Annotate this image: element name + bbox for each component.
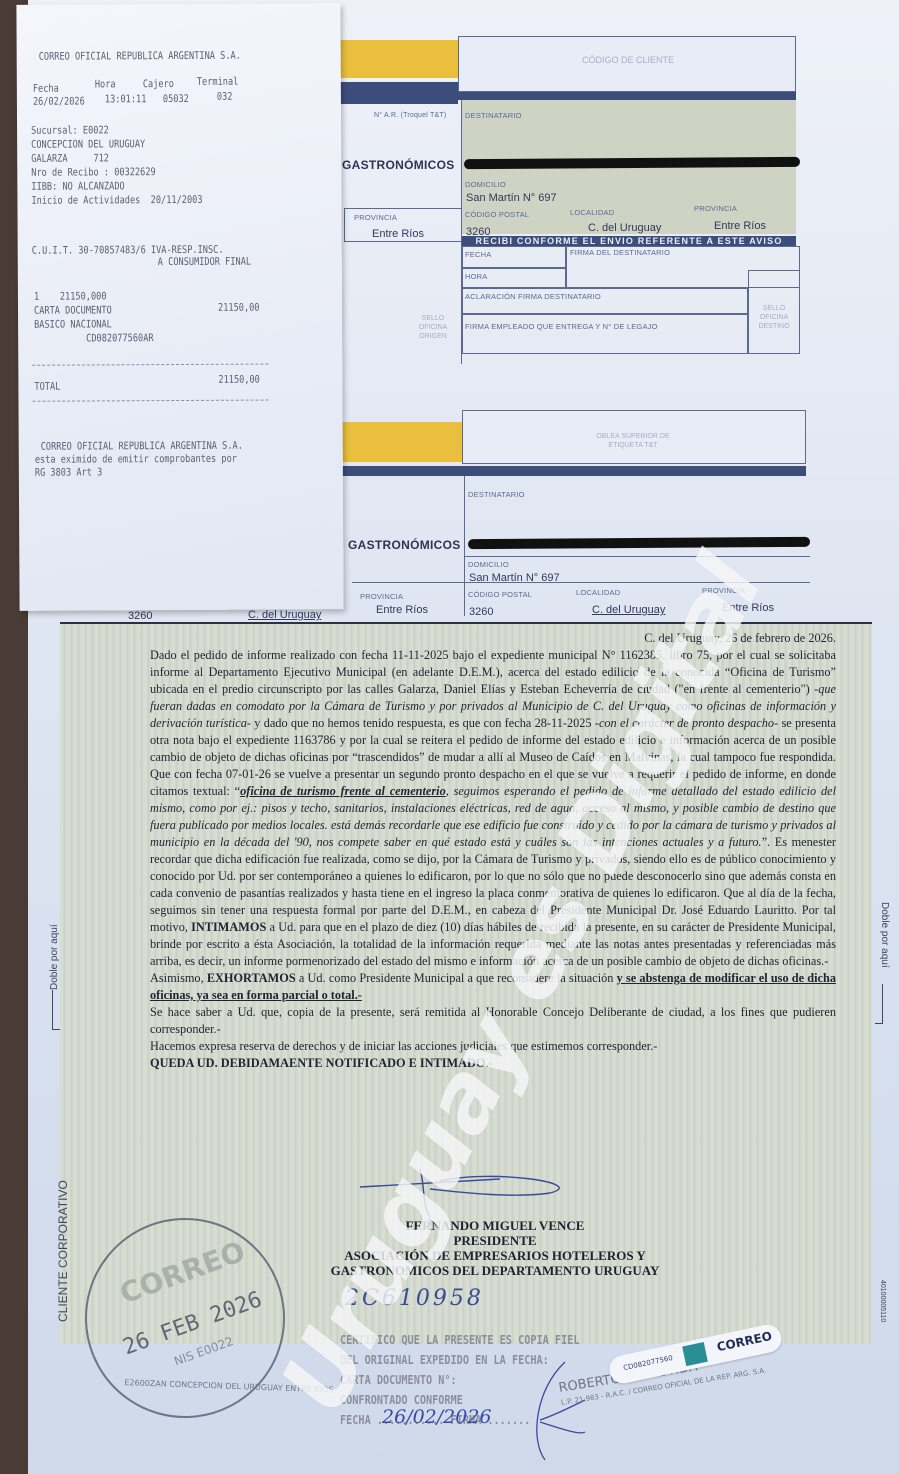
letter-paragraph-3: Se hace saber a Ud. que, copia de la pre… bbox=[150, 1004, 836, 1038]
receipt-terminal: 032 bbox=[217, 91, 233, 104]
org-line-2: GASTRONOMICOS DEL DEPARTAMENTO URUGUAY bbox=[270, 1263, 720, 1278]
receipt-item-price: 21150,00 bbox=[218, 302, 260, 315]
fold-label-right: Doble por aquí bbox=[879, 902, 890, 968]
province-left-label: PROVINCIA bbox=[360, 592, 403, 601]
locality-value: C. del Uruguay bbox=[592, 604, 665, 616]
signer-name: FERNANDO MIGUEL VENCE bbox=[270, 1218, 720, 1233]
postal-receipt: CORREO OFICIAL REPUBLICA ARGENTINA S.A. … bbox=[16, 3, 343, 611]
carta-documento-form-bottom: OBLEA SUPERIOR DE ETIQUETA T&T DESTINATA… bbox=[338, 406, 798, 616]
receipt-item-name-2: BASICO NACIONAL bbox=[34, 318, 112, 331]
receipt-divider bbox=[32, 364, 268, 366]
locality-value: C. del Uruguay bbox=[588, 222, 661, 234]
locality-label: LOCALIDAD bbox=[570, 208, 614, 217]
receipt-start-date: Inicio de Actividades 20/11/2003 bbox=[31, 194, 202, 208]
letter-body: C. del Uruguay, 26 de febrero de 2026. D… bbox=[150, 630, 836, 1072]
letter-paragraph-2: Asimismo, EXHORTAMOS a Ud. como Presiden… bbox=[150, 970, 836, 1004]
yellow-band bbox=[338, 422, 462, 462]
province-left-value: Entre Ríos bbox=[376, 604, 428, 616]
time-label: HORA bbox=[465, 272, 487, 281]
row-rule bbox=[464, 556, 810, 557]
receipt-cashier: 05032 bbox=[163, 93, 189, 106]
postal-label: CÓDIGO POSTAL bbox=[468, 590, 532, 599]
receipt-consumer: A CONSUMIDOR FINAL bbox=[158, 256, 251, 269]
province-value: Entre Ríos bbox=[722, 602, 774, 614]
date-label: FECHA bbox=[465, 250, 491, 259]
receipt-header-hora: Hora bbox=[95, 78, 116, 91]
left-column-rule bbox=[338, 100, 462, 364]
locality-label: LOCALIDAD bbox=[576, 588, 620, 597]
fold-mark-left bbox=[52, 990, 60, 1030]
handwritten-number: 2C610958 bbox=[345, 1286, 484, 1311]
receipt-header-cajero: Cajero bbox=[143, 78, 174, 91]
receipt-branch-address: GALARZA 712 bbox=[31, 152, 109, 165]
sticker-code: CD082077560 bbox=[623, 1354, 674, 1372]
client-type-label: CLIENTE CORPORATIVO bbox=[56, 1180, 70, 1322]
receipt-divider-2 bbox=[32, 400, 268, 402]
address-value: San Martín N° 697 bbox=[466, 192, 557, 204]
received-banner: RECIBI CONFORME EL ENVIO REFERENTE A EST… bbox=[462, 236, 796, 246]
employee-label: FIRMA EMPLEADO QUE ENTREGA Y N° DE LEGAJ… bbox=[465, 322, 658, 331]
receipt-branch: Sucursal: E0022 bbox=[31, 124, 109, 137]
navy-band bbox=[338, 466, 806, 476]
redaction-bar bbox=[468, 537, 810, 549]
fold-label-left: Doble por aquí bbox=[49, 924, 60, 990]
sender-locality: C. del Uruguay bbox=[248, 609, 321, 621]
address-label: DOMICILIO bbox=[465, 180, 506, 189]
receipt-header-fecha: Fecha bbox=[33, 83, 59, 96]
receipt-total-label: TOTAL bbox=[34, 381, 60, 394]
employee-box bbox=[462, 314, 748, 354]
signature-scribble bbox=[350, 1165, 580, 1220]
recipient-name: GASTRONÓMICOS bbox=[348, 538, 461, 552]
address-label: DOMICILIO bbox=[468, 560, 509, 569]
receipt-date: 26/02/2026 bbox=[33, 95, 85, 108]
serial-number: 40100005110 bbox=[879, 1280, 886, 1322]
clarification-label: ACLARACIÓN FIRMA DESTINATARIO bbox=[465, 292, 601, 301]
province-label: PROVINCIA bbox=[694, 204, 737, 213]
recipient-signature-label: FIRMA DEL DESTINATARIO bbox=[570, 248, 670, 257]
tt-label: OBLEA SUPERIOR DE ETIQUETA T&T bbox=[588, 432, 678, 450]
fold-mark-right bbox=[875, 984, 883, 1024]
carta-documento-form-top: CÓDIGO DE CLIENTE N° A.R. (Troquel T&T) … bbox=[338, 36, 798, 366]
receipt-time: 13:01:11 bbox=[105, 93, 147, 106]
cert-line-1: CERTIFICO QUE LA PRESENTE ES COPIA FIEL bbox=[340, 1330, 680, 1350]
province-label: PROVINCIA bbox=[702, 586, 745, 595]
receipt-footer-3: RG 3803 Art 3 bbox=[35, 466, 102, 479]
signer-title: PRESIDENTE bbox=[270, 1233, 720, 1248]
receipt-total-value: 21150,00 bbox=[218, 374, 260, 387]
letter-paragraph-5: QUEDA UD. DEBIDAMAENTE NOTIFICADO E INTI… bbox=[150, 1055, 836, 1072]
row-rule-2 bbox=[352, 582, 810, 583]
receipt-header-terminal: Terminal bbox=[197, 76, 239, 89]
receipt-number: Nro de Recibo : 00322629 bbox=[31, 166, 155, 180]
receipt-branch-city: CONCEPCION DEL URUGUAY bbox=[31, 138, 145, 152]
recipient-label: DESTINATARIO bbox=[468, 490, 525, 499]
sticker-brand: CORREO bbox=[716, 1329, 774, 1354]
client-code-label: CÓDIGO DE CLIENTE bbox=[538, 56, 718, 65]
cert-handwritten-date: 26/02/2026 bbox=[382, 1406, 492, 1428]
navy-rule bbox=[458, 92, 796, 100]
receipt-footer-1: CORREO OFICIAL REPUBLICA ARGENTINA S.A. bbox=[41, 440, 243, 454]
receipt-footer-2: esta eximido de emitir comprobantes por bbox=[35, 453, 237, 467]
postal-value: 3260 bbox=[469, 606, 493, 618]
org-line-1: ASOCIACIÓN DE EMPRESARIOS HOTELEROS Y bbox=[270, 1248, 720, 1263]
receipt-item-qty: 1 21150,000 bbox=[34, 290, 107, 303]
sticker-square bbox=[682, 1342, 708, 1366]
signature-block: FERNANDO MIGUEL VENCE PRESIDENTE ASOCIAC… bbox=[270, 1218, 720, 1278]
receipt-item-code: CD082077560AR bbox=[86, 332, 153, 345]
recipient-label: DESTINATARIO bbox=[465, 111, 522, 120]
yellow-band bbox=[338, 40, 458, 78]
postal-label: CÓDIGO POSTAL bbox=[465, 210, 529, 219]
receipt-company: CORREO OFICIAL REPUBLICA ARGENTINA S.A. bbox=[39, 50, 241, 64]
letter-paragraph-1: Dado el pedido de informe realizado con … bbox=[150, 647, 836, 970]
destination-stamp-label: SELLO OFICINA DESTINO bbox=[750, 304, 798, 331]
column-rule bbox=[464, 476, 465, 616]
province-value: Entre Ríos bbox=[714, 220, 766, 232]
letter-place-date: C. del Uruguay, 26 de febrero de 2026. bbox=[150, 630, 836, 647]
letter-paragraph-4: Hacemos expresa reserva de derechos y de… bbox=[150, 1038, 836, 1055]
sender-postal: 3260 bbox=[128, 610, 152, 622]
receipt-item-name: CARTA DOCUMENTO bbox=[34, 304, 112, 317]
receipt-iibb: IIBB: NO ALCANZADO bbox=[31, 180, 124, 193]
